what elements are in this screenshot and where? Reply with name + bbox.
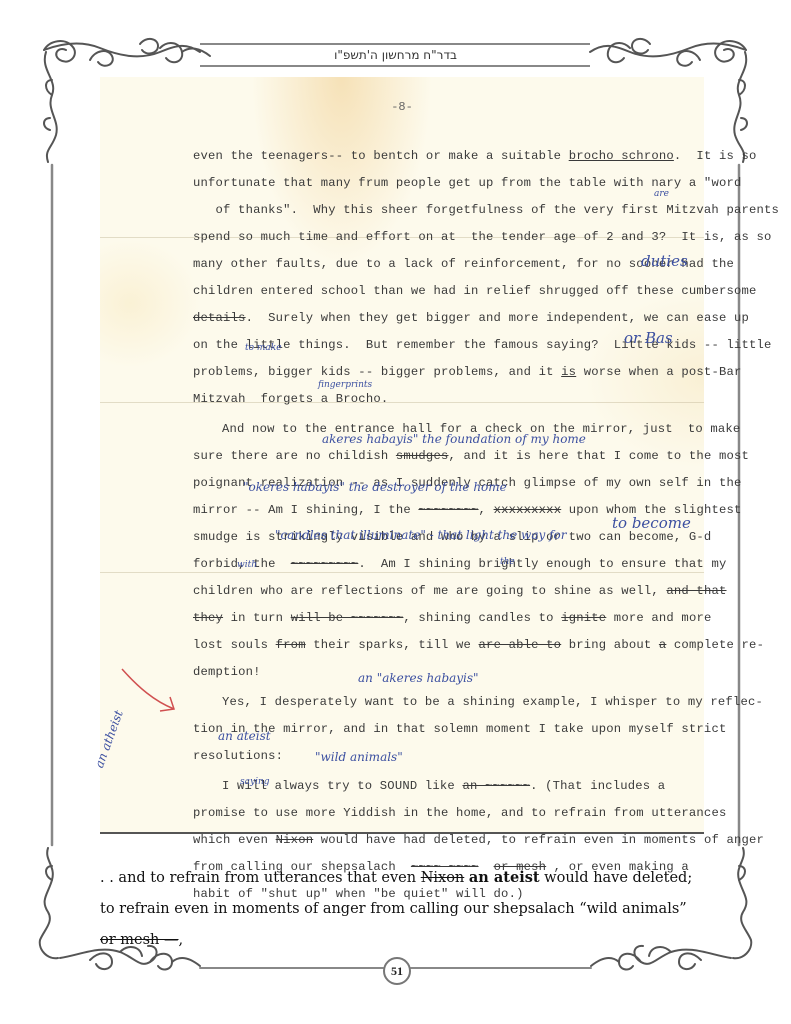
typed-text: of thanks". Why this sheer forgetfulness…: [208, 203, 779, 217]
typed-text: complete re-: [666, 638, 764, 652]
struck-text: ~~~~~~~~~: [291, 557, 359, 571]
typed-text: bring about: [561, 638, 659, 652]
struck-text: xxxxxxxxx: [494, 503, 562, 517]
typed-text: . Am I shining brightly enough to ensure…: [358, 557, 726, 571]
typed-line: promise to use more Yiddish in the home,…: [193, 806, 726, 820]
transcript-struck-nixon: Nixon: [421, 870, 465, 886]
paper-fold-line: [100, 572, 704, 573]
typed-text: children who are reflections of me are g…: [193, 584, 666, 598]
typed-line: children entered school than we had in r…: [193, 284, 757, 298]
paper-fold-line: [100, 402, 704, 403]
typed-text: demption!: [193, 665, 261, 679]
running-header: בדר"ח מרחשון ה'תשפ"ו: [0, 44, 791, 66]
typed-line: of thanks". Why this sheer forgetfulness…: [208, 203, 779, 217]
typed-text: ,: [479, 503, 494, 517]
typed-line: Yes, I desperately want to be a shining …: [222, 695, 763, 709]
underlined-text: brocho schrono: [569, 149, 674, 163]
red-arrow-mark: [120, 667, 180, 717]
typed-line: resolutions:: [193, 749, 283, 763]
annotation-saying: saying: [240, 777, 270, 787]
typed-line: problems, bigger kids -- bigger problems…: [193, 365, 742, 379]
annotation-an-ateist: an ateist: [218, 729, 271, 743]
scanned-document-page: -8- even the teenagers-- to bentch or ma…: [100, 77, 704, 832]
annotation-or-bas: or Bas: [624, 329, 673, 347]
underlined-text: is: [561, 365, 576, 379]
typed-text: even the teenagers-- to bentch or make a…: [193, 149, 569, 163]
transcription-paragraph: . . and to refrain from utterances that …: [100, 862, 700, 956]
typed-line: even the teenagers-- to bentch or make a…: [193, 149, 757, 163]
typed-text: . It is so: [674, 149, 757, 163]
typed-text: promise to use more Yiddish in the home,…: [193, 806, 726, 820]
struck-text: ~~~~~~~~: [418, 503, 478, 517]
typed-text: problems, bigger kids -- bigger problems…: [193, 365, 561, 379]
struck-text: smudges: [396, 449, 449, 463]
typed-text: unfortunate that many frum people get up…: [193, 176, 742, 190]
struck-text: Nixon: [276, 833, 314, 847]
typed-line: children who are reflections of me are g…: [193, 584, 727, 598]
typed-text: spend so much time and effort on at the …: [193, 230, 772, 244]
typed-line: sure there are no childish smudges, and …: [193, 449, 749, 463]
transcript-bold-ateist: an ateist: [469, 869, 540, 886]
transcript-text: . . and to refrain from utterances that …: [100, 870, 421, 886]
typed-line: Mitzvah forgets a Brocho.: [193, 392, 388, 406]
struck-text: and that: [666, 584, 726, 598]
struck-text: details: [193, 311, 246, 325]
typed-text: worse when a post-Bar: [576, 365, 741, 379]
typed-text: , shining candles to: [403, 611, 561, 625]
typed-line: tion in the mirror, and in that solemn m…: [193, 722, 726, 736]
typed-text: , and it is here that I come to the most: [448, 449, 749, 463]
typed-text: tion in the mirror, and in that solemn m…: [193, 722, 726, 736]
typed-text: Mitzvah forgets a Brocho.: [193, 392, 388, 406]
typed-text: which even: [193, 833, 276, 847]
struck-text: will be ~~~~~~~: [291, 611, 404, 625]
typed-line: details. Surely when they get bigger and…: [193, 311, 749, 325]
annotation-okeres-destroyer: "okeres habayis" the destroyer of the ho…: [243, 480, 507, 494]
annotation-wild-animals: "wild animals": [315, 750, 403, 764]
typed-text: sure there are no childish: [193, 449, 396, 463]
typed-line: they in turn will be ~~~~~~~, shining ca…: [193, 611, 712, 625]
typed-text: Yes, I desperately want to be a shining …: [222, 695, 763, 709]
annotation-are: are: [654, 189, 669, 199]
annotation-with: with: [237, 560, 257, 570]
struck-text: are able to: [479, 638, 562, 652]
typed-text: in turn: [223, 611, 291, 625]
typed-line: unfortunate that many frum people get up…: [193, 176, 742, 190]
typed-page-number: -8-: [100, 100, 704, 114]
annotation-to-become: to become: [612, 514, 691, 532]
typed-text: more and more: [606, 611, 711, 625]
annotation-duties: duties: [641, 252, 688, 270]
struck-text: an ~~~~~~: [462, 779, 530, 793]
transcript-struck-mesh: or mesh —: [100, 932, 179, 948]
annotation-an-akeres: an "akeres habayis": [358, 671, 479, 685]
typed-line: lost souls from their sparks, till we ar…: [193, 638, 764, 652]
annotation-the: the: [500, 557, 515, 567]
typed-text: resolutions:: [193, 749, 283, 763]
annotation-to-make: to make: [245, 343, 282, 353]
page-number-badge: 51: [383, 957, 411, 985]
header-title: בדר"ח מרחשון ה'תשפ"ו: [0, 44, 791, 66]
margin-annotation-an-atheist: an atheist: [92, 708, 126, 769]
typed-text: . (That includes a: [530, 779, 665, 793]
typed-text: children entered school than we had in r…: [193, 284, 757, 298]
annotation-akeres-foundation: akeres habayis" the foundation of my hom…: [322, 432, 586, 446]
typed-line: which even Nixon would have had deleted,…: [193, 833, 764, 847]
transcript-text: ,: [179, 932, 184, 948]
typed-line: demption!: [193, 665, 261, 679]
typed-text: mirror -- Am I shining, I the: [193, 503, 418, 517]
struck-text: from: [276, 638, 306, 652]
annotation-candles-illuminate: "candles that illuminate" - that light t…: [275, 528, 566, 542]
typed-text: lost souls: [193, 638, 276, 652]
struck-text: ignite: [561, 611, 606, 625]
typed-text: . Surely when they get bigger and more i…: [246, 311, 749, 325]
struck-text: they: [193, 611, 223, 625]
annotation-fingerprints: fingerprints: [318, 380, 372, 390]
typed-text: their sparks, till we: [306, 638, 479, 652]
typed-line: I will always try to SOUND like an ~~~~~…: [222, 779, 665, 793]
typed-text: would have had deleted, to refrain even …: [313, 833, 764, 847]
typed-line: forbid, the ~~~~~~~~~. Am I shining brig…: [193, 557, 726, 571]
typed-line: spend so much time and effort on at the …: [193, 230, 772, 244]
